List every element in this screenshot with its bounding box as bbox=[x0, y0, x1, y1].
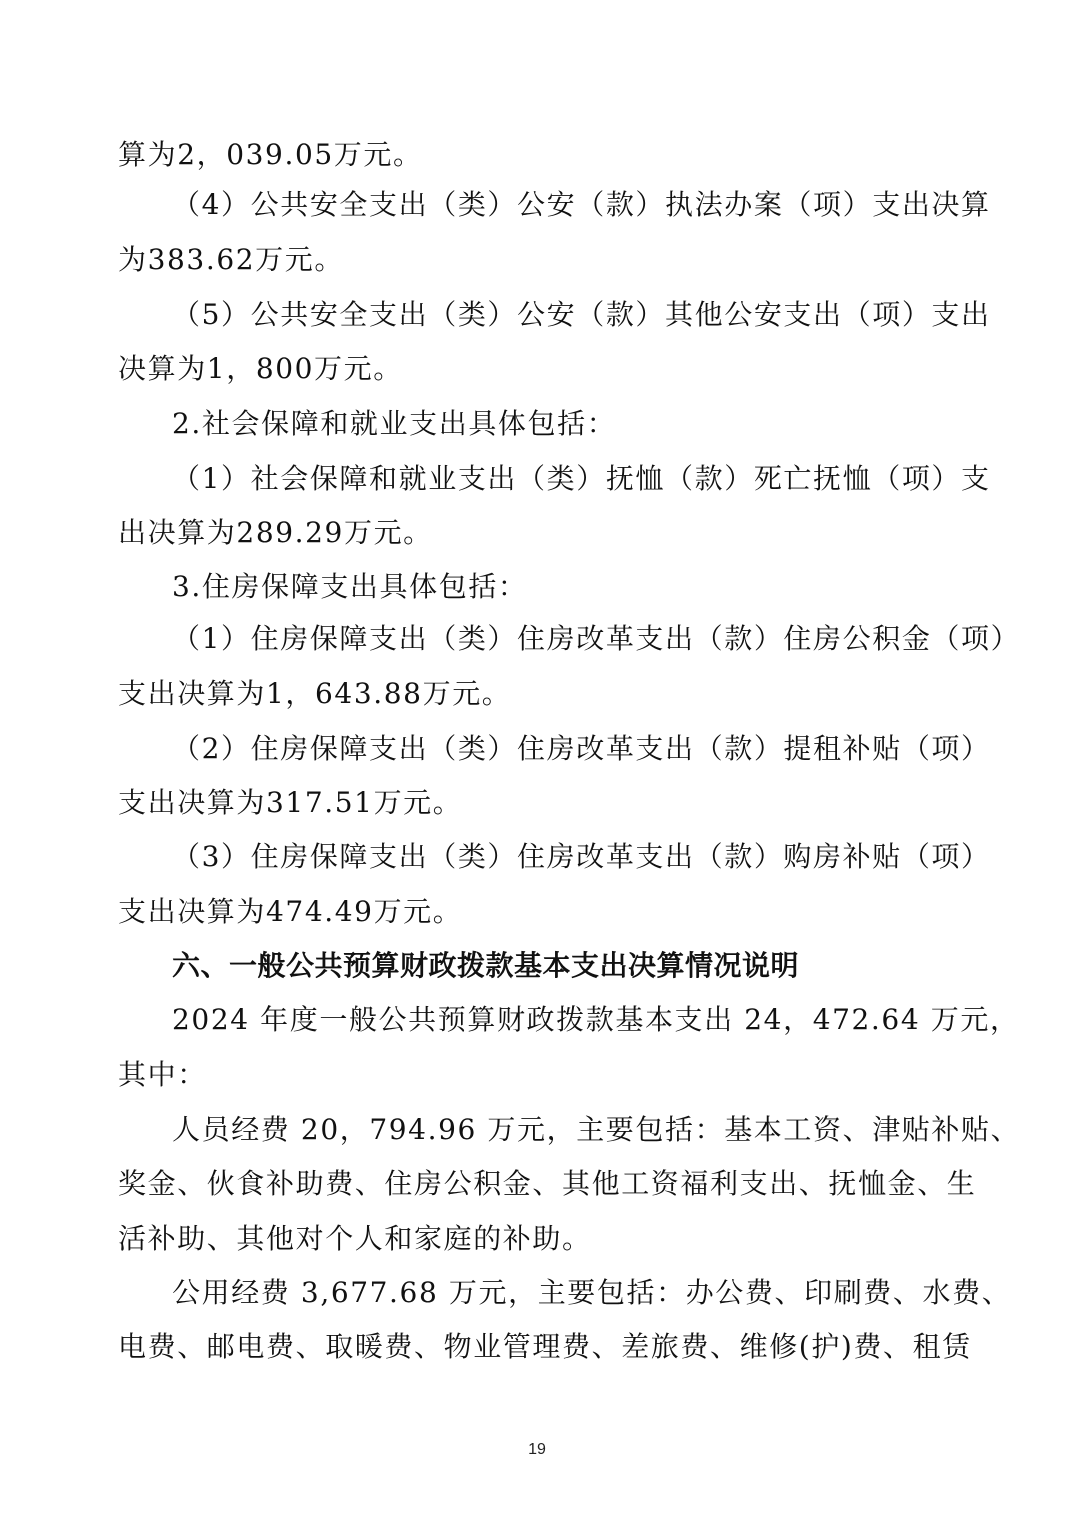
paragraph-line-personnel-expenses-cont-1: 奖金、伙食补助费、住房公积金、其他工资福利支出、抚恤金、生 bbox=[118, 1167, 960, 1201]
paragraph-line-housing-item-2-cont: 支出决算为317.51万元。 bbox=[118, 786, 960, 820]
paragraph-line-item-4: （4）公共安全支出（类）公安（款）执法办案（项）支出决算 bbox=[172, 188, 960, 222]
paragraph-line-housing-item-1: （1）住房保障支出（类）住房改革支出（款）住房公积金（项） bbox=[172, 622, 960, 656]
paragraph-line-housing-item-3-cont: 支出决算为474.49万元。 bbox=[118, 895, 960, 929]
paragraph-line-housing-item-2: （2）住房保障支出（类）住房改革支出（款）提租补贴（项） bbox=[172, 732, 960, 766]
section-heading: 六、一般公共预算财政拨款基本支出决算情况说明 bbox=[172, 949, 960, 983]
paragraph-line-item-4-cont: 为383.62万元。 bbox=[118, 243, 960, 277]
paragraph-line-item-5-cont: 决算为1，800万元。 bbox=[118, 352, 960, 386]
subsection-title-housing: 3.住房保障支出具体包括： bbox=[172, 570, 960, 604]
paragraph-line-public-expenses: 公用经费 3,677.68 万元，主要包括：办公费、印刷费、水费、 bbox=[172, 1276, 960, 1310]
document-page: 算为2，039.05万元。 （4）公共安全支出（类）公安（款）执法办案（项）支出… bbox=[0, 0, 1074, 1520]
paragraph-line-personnel-expenses-cont-2: 活补助、其他对个人和家庭的补助。 bbox=[118, 1222, 960, 1256]
paragraph-line-public-expenses-cont: 电费、邮电费、取暖费、物业管理费、差旅费、维修(护)费、租赁 bbox=[118, 1330, 960, 1364]
paragraph-line-housing-item-3: （3）住房保障支出（类）住房改革支出（款）购房补贴（项） bbox=[172, 840, 960, 874]
paragraph-line-social-item-1: （1）社会保障和就业支出（类）抚恤（款）死亡抚恤（项）支 bbox=[172, 462, 960, 496]
paragraph-line-social-item-1-cont: 出决算为289.29万元。 bbox=[118, 516, 960, 550]
page-number: 19 bbox=[0, 1440, 1074, 1460]
paragraph-line-personnel-expenses: 人员经费 20，794.96 万元，主要包括：基本工资、津贴补贴、 bbox=[172, 1113, 960, 1147]
paragraph-line-basic-expenditure-cont: 其中： bbox=[118, 1058, 960, 1092]
paragraph-line-basic-expenditure: 2024 年度一般公共预算财政拨款基本支出 24，472.64 万元， bbox=[172, 1003, 960, 1037]
paragraph-line-housing-item-1-cont: 支出决算为1，643.88万元。 bbox=[118, 677, 960, 711]
paragraph-line-continuation: 算为2，039.05万元。 bbox=[118, 138, 960, 172]
subsection-title-social-security: 2.社会保障和就业支出具体包括： bbox=[172, 407, 960, 441]
paragraph-line-item-5: （5）公共安全支出（类）公安（款）其他公安支出（项）支出 bbox=[172, 298, 960, 332]
